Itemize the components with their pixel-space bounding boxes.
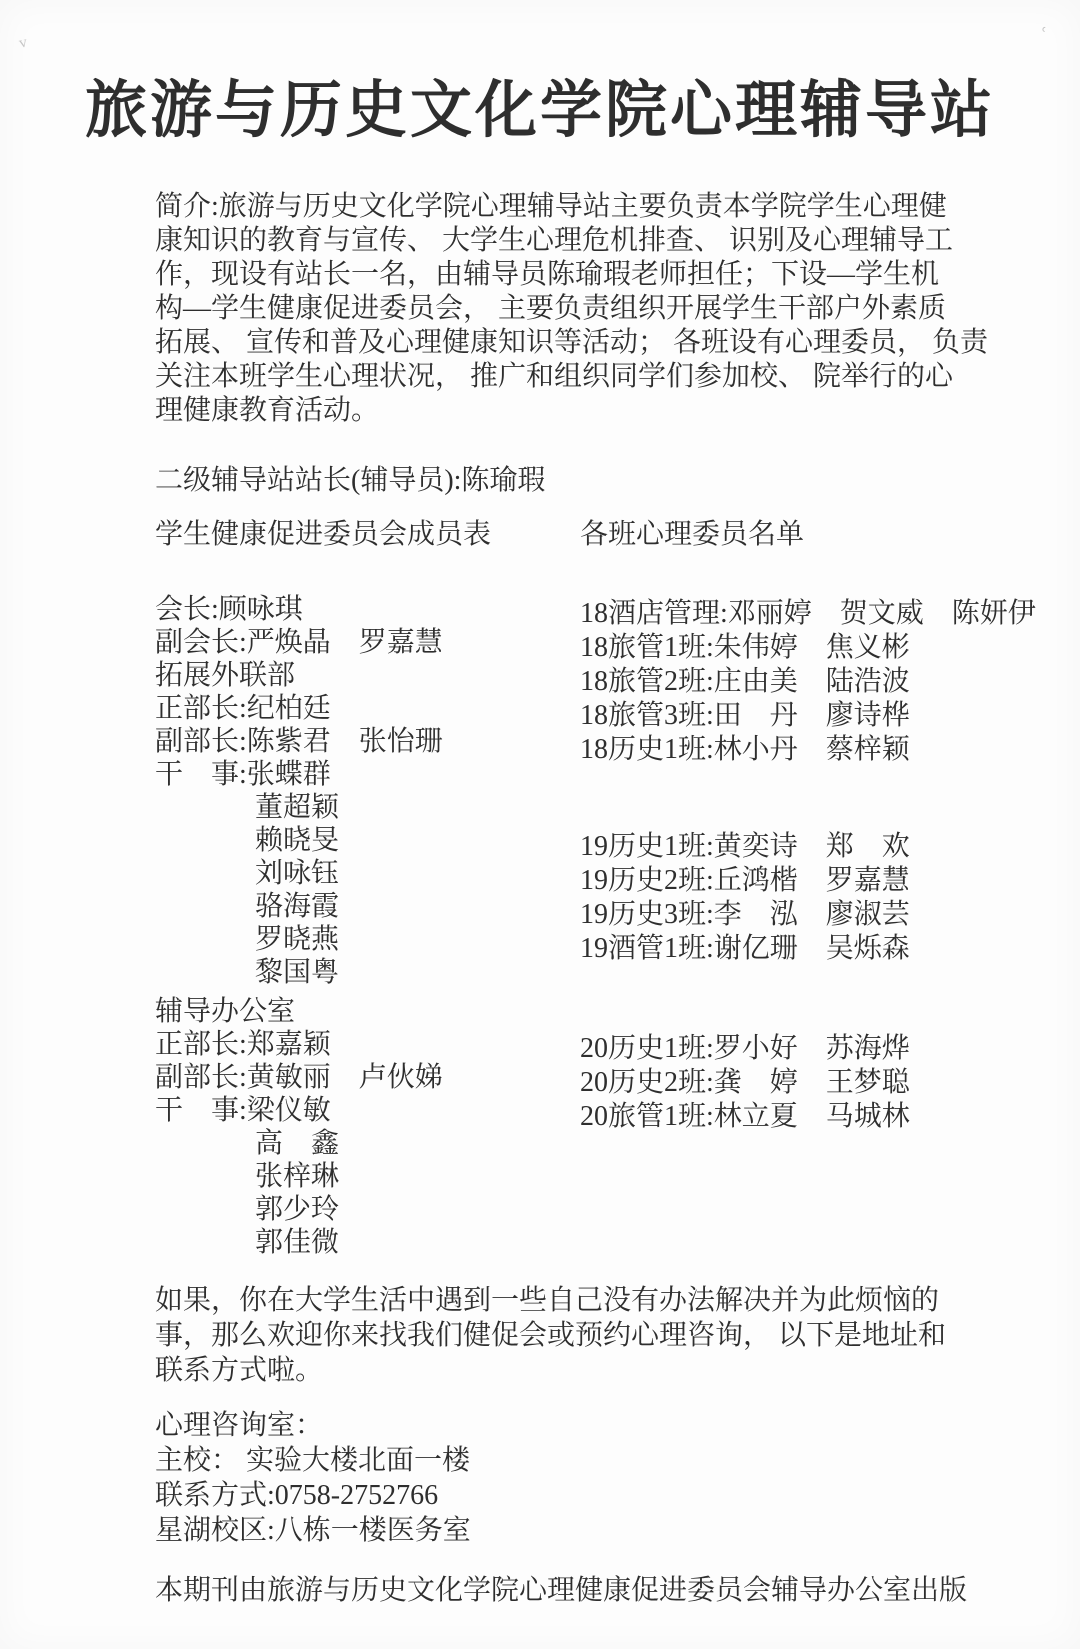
committee-officer: 张梓琳 [155, 1160, 443, 1193]
class-group-2018: 18酒店管理:邓丽婷 贺文威 陈妍伊 18旅管1班:朱伟婷 焦义彬 18旅管2班… [580, 597, 1036, 767]
class-group-2019: 19历史1班:黄奕诗 郑 欢 19历史2班:丘鸿楷 罗嘉慧 19历史3班:李 泓… [580, 830, 910, 966]
committee-row: 副部长:黄敏丽 卢伙娣 [155, 1061, 443, 1094]
committee-row: 干 事:梁仪敏 [155, 1094, 443, 1127]
intro-line: 理健康教育活动。 [155, 394, 988, 428]
committee-row: 正部长:纪柏廷 [155, 692, 443, 725]
committee-officer: 高 鑫 [155, 1127, 443, 1160]
intro-line: 拓展、 宣传和普及心理健康知识等活动； 各班设有心理委员， 负责 [155, 326, 988, 360]
intro-line: 关注本班学生心理状况， 推广和组织同学们参加校、 院举行的心 [155, 360, 988, 394]
class-row: 18旅管2班:庄由美 陆浩波 [580, 665, 1036, 699]
contact-title: 心理咨询室： [155, 1408, 471, 1443]
committee-officer: 郭少玲 [155, 1193, 443, 1226]
class-row: 20历史1班:罗小好 苏海烨 [580, 1032, 910, 1066]
intro-line: 作，现设有站长一名，由辅导员陈瑜瑕老师担任；下设—学生机 [155, 258, 988, 292]
committee-member-list: 会长:顾咏琪 副会长:严焕晶 罗嘉慧 拓展外联部 正部长:纪柏廷 副部长:陈紫君… [155, 593, 443, 1259]
committee-row: 干 事:张蝶群 [155, 758, 443, 791]
class-row: 20历史2班:龚 婷 王梦聪 [580, 1066, 910, 1100]
intro-line: 康知识的教育与宣传、 大学生心理危机排查、 识别及心理辅导工 [155, 224, 988, 258]
outro-line: 联系方式啦。 [155, 1353, 946, 1388]
committee-row: 副部长:陈紫君 张怡珊 [155, 725, 443, 758]
committee-officer: 罗晓燕 [155, 923, 443, 956]
scanned-document-page: ᵥ ˓ 旅游与历史文化学院心理辅导站 简介:旅游与历史文化学院心理辅导站主要负责… [0, 0, 1080, 1649]
class-row: 19历史2班:丘鸿楷 罗嘉慧 [580, 864, 910, 898]
outro-line: 事，那么欢迎你来找我们健促会或预约心理咨询， 以下是地址和 [155, 1318, 946, 1353]
contact-main-campus: 主校： 实验大楼北面一楼 [155, 1443, 471, 1478]
committee-officer: 郭佳微 [155, 1226, 443, 1259]
class-row: 19历史1班:黄奕诗 郑 欢 [580, 830, 910, 864]
class-row: 18旅管3班:田 丹 廖诗桦 [580, 699, 1036, 733]
class-row: 20旅管1班:林立夏 马城林 [580, 1100, 910, 1134]
class-row: 18酒店管理:邓丽婷 贺文威 陈妍伊 [580, 597, 1036, 631]
class-row: 19酒管1班:谢亿珊 吴烁森 [580, 932, 910, 966]
committee-table-header: 学生健康促进委员会成员表 [155, 512, 491, 552]
outro-line: 如果，你在大学生活中遇到一些自己没有办法解决并为此烦恼的 [155, 1283, 946, 1318]
contact-info: 心理咨询室： 主校： 实验大楼北面一楼 联系方式:0758-2752766 星湖… [155, 1408, 471, 1548]
committee-officer: 刘咏钰 [155, 857, 443, 890]
committee-row: 辅导办公室 [155, 995, 443, 1028]
committee-officer: 黎国粤 [155, 956, 443, 989]
committee-row: 副会长:严焕晶 罗嘉慧 [155, 626, 443, 659]
committee-officer: 董超颖 [155, 791, 443, 824]
committee-officer: 骆海霞 [155, 890, 443, 923]
intro-line: 构—学生健康促进委员会， 主要负责组织开展学生干部户外素质 [155, 292, 988, 326]
class-group-2020: 20历史1班:罗小好 苏海烨 20历史2班:龚 婷 王梦聪 20旅管1班:林立夏… [580, 1032, 910, 1134]
contact-xinghu-campus: 星湖校区:八栋一楼医务室 [155, 1513, 471, 1548]
page-title: 旅游与历史文化学院心理辅导站 [0, 60, 1080, 149]
committee-row: 会长:顾咏琪 [155, 593, 443, 626]
station-head-line: 二级辅导站站长(辅导员):陈瑜瑕 [155, 458, 545, 498]
committee-row: 正部长:郑嘉颖 [155, 1028, 443, 1061]
publisher-note: 本期刊由旅游与历史文化学院心理健康促进委员会辅导办公室出版 [155, 1568, 967, 1608]
contact-phone: 联系方式:0758-2752766 [155, 1478, 471, 1513]
intro-line: 简介:旅游与历史文化学院心理辅导站主要负责本学院学生心理健 [155, 190, 988, 224]
class-list-header: 各班心理委员名单 [580, 512, 804, 552]
committee-row: 拓展外联部 [155, 659, 443, 692]
scan-artifact-mark: ˓ [1038, 10, 1051, 41]
class-row: 19历史3班:李 泓 廖淑芸 [580, 898, 910, 932]
committee-officer: 赖晓旻 [155, 824, 443, 857]
outro-paragraph: 如果，你在大学生活中遇到一些自己没有办法解决并为此烦恼的 事，那么欢迎你来找我们… [155, 1283, 946, 1388]
intro-paragraph: 简介:旅游与历史文化学院心理辅导站主要负责本学院学生心理健 康知识的教育与宣传、… [155, 190, 988, 428]
class-row: 18旅管1班:朱伟婷 焦义彬 [580, 631, 1036, 665]
class-row: 18历史1班:林小丹 蔡梓颖 [580, 733, 1036, 767]
scan-artifact-mark: ᵥ [15, 22, 29, 53]
